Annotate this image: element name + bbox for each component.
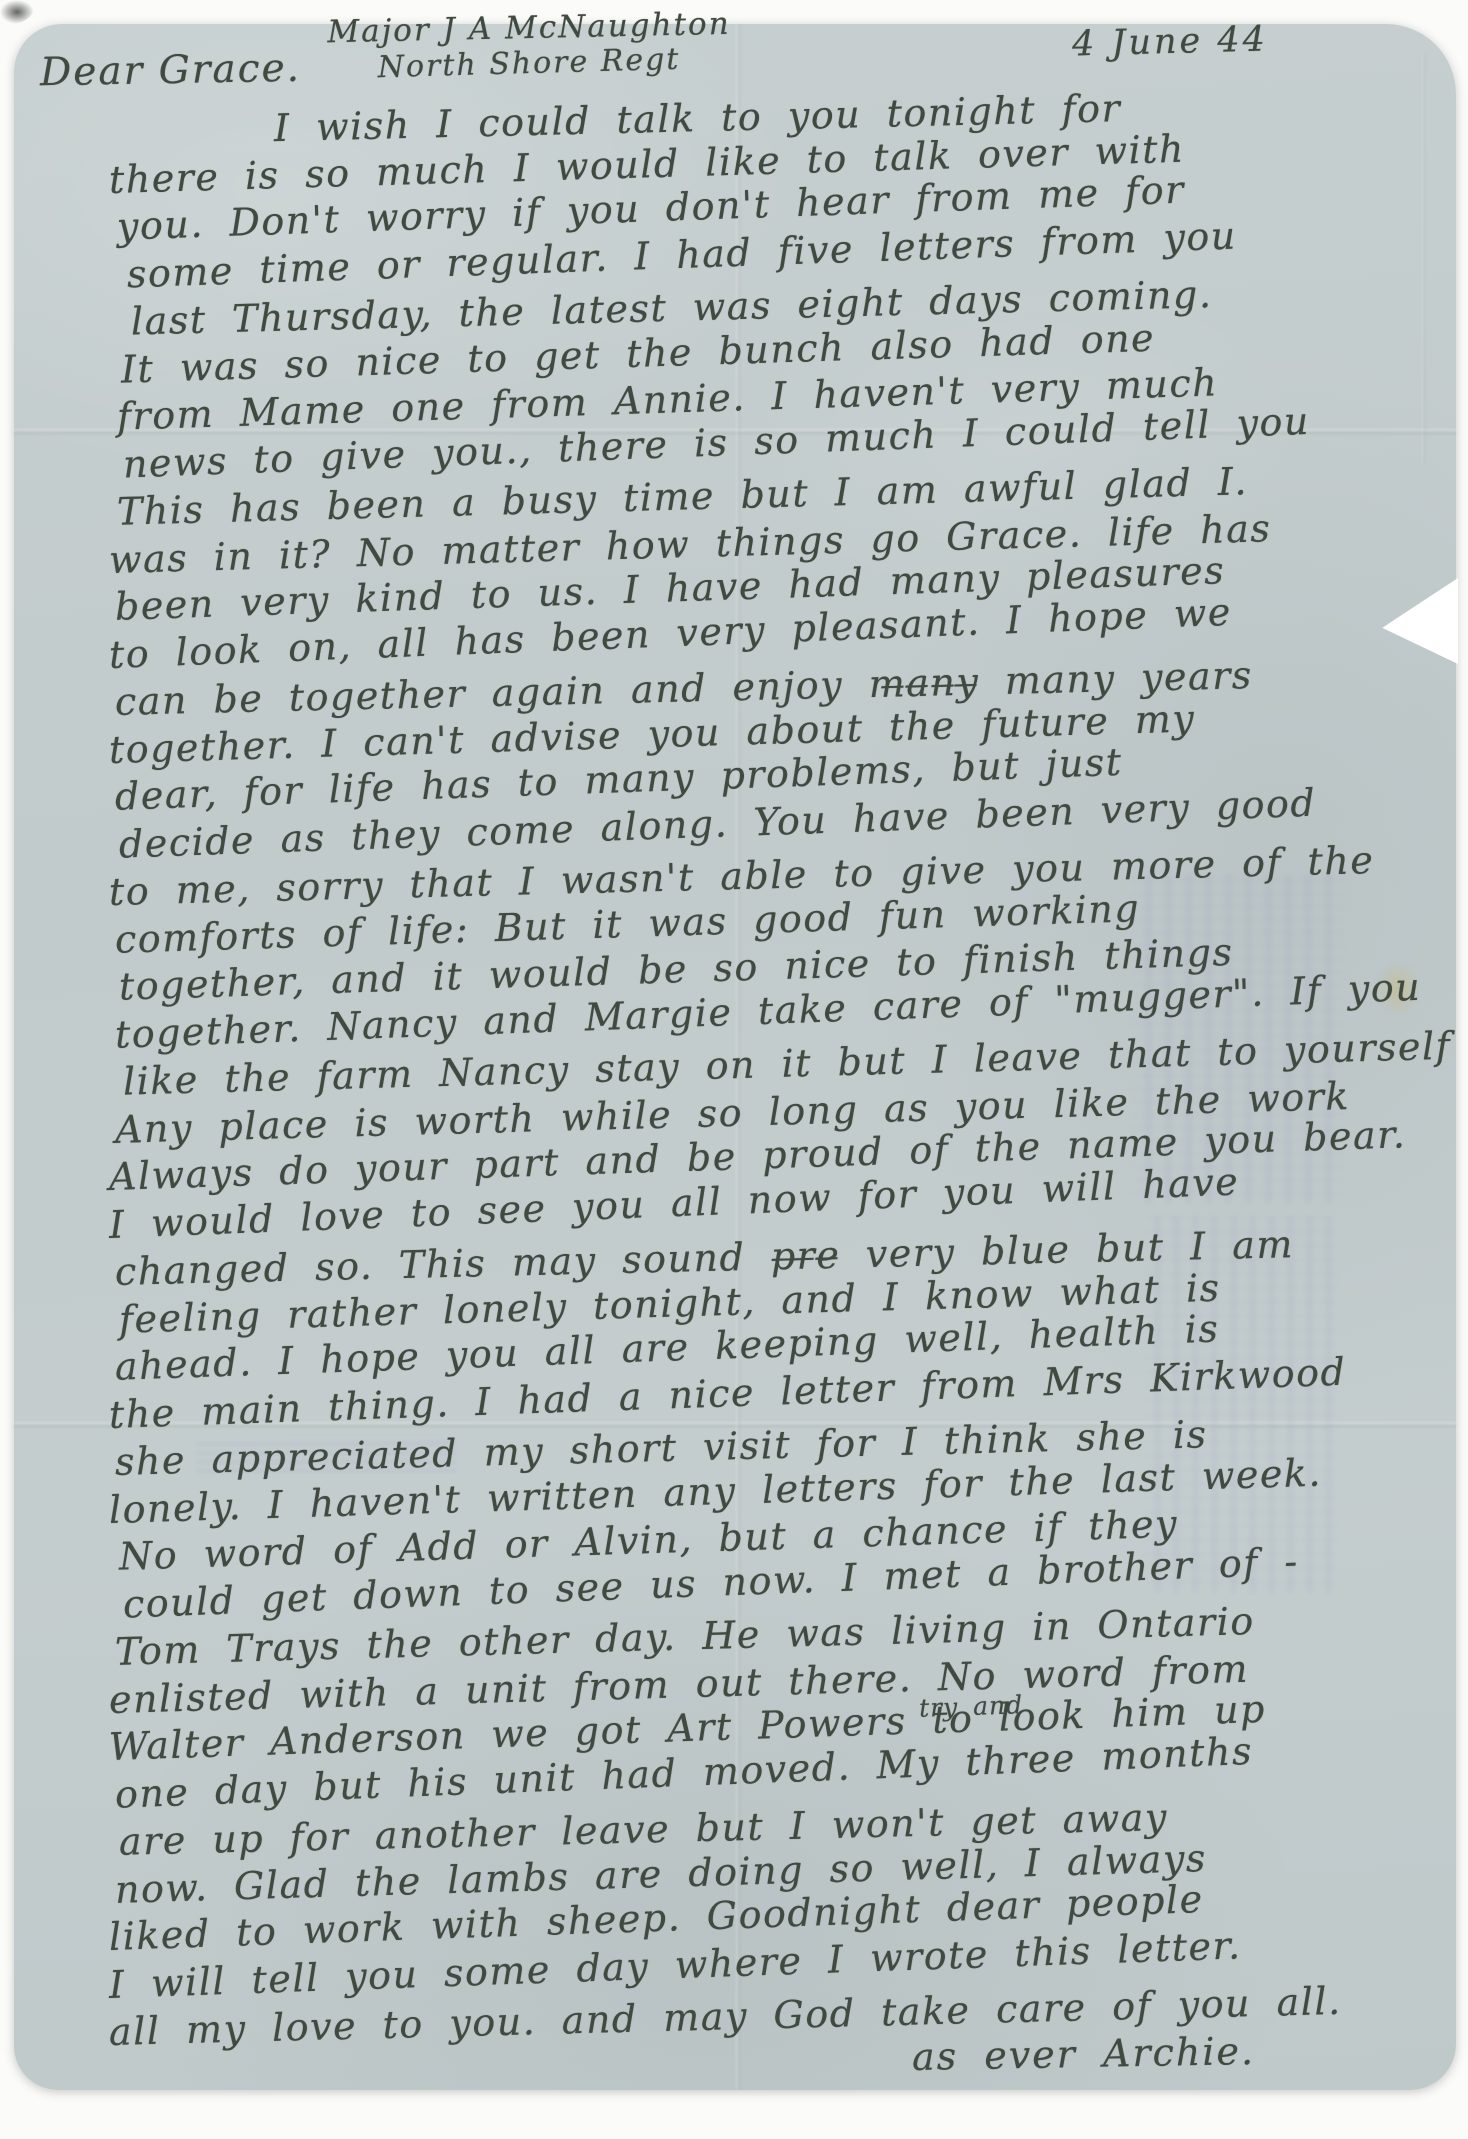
letter-body: I wish I could talk to you tonight forth… (109, 109, 1422, 2057)
letter-date: 4 June 44 (1072, 19, 1269, 64)
scanned-letter: Major J A McNaughton North Shore Regt 4 … (0, 0, 1468, 2139)
scan-corner-smudge (0, 0, 34, 24)
salutation: Dear Grace. (40, 46, 302, 96)
inserted-words: try and (919, 1690, 1024, 1723)
letter-header: Major J A McNaughton North Shore Regt (314, 10, 744, 81)
signature: as ever Archie. (912, 2029, 1256, 2079)
letter-paper: Major J A McNaughton North Shore Regt 4 … (14, 24, 1456, 2090)
fold-crease-vertical-right (1422, 54, 1425, 464)
